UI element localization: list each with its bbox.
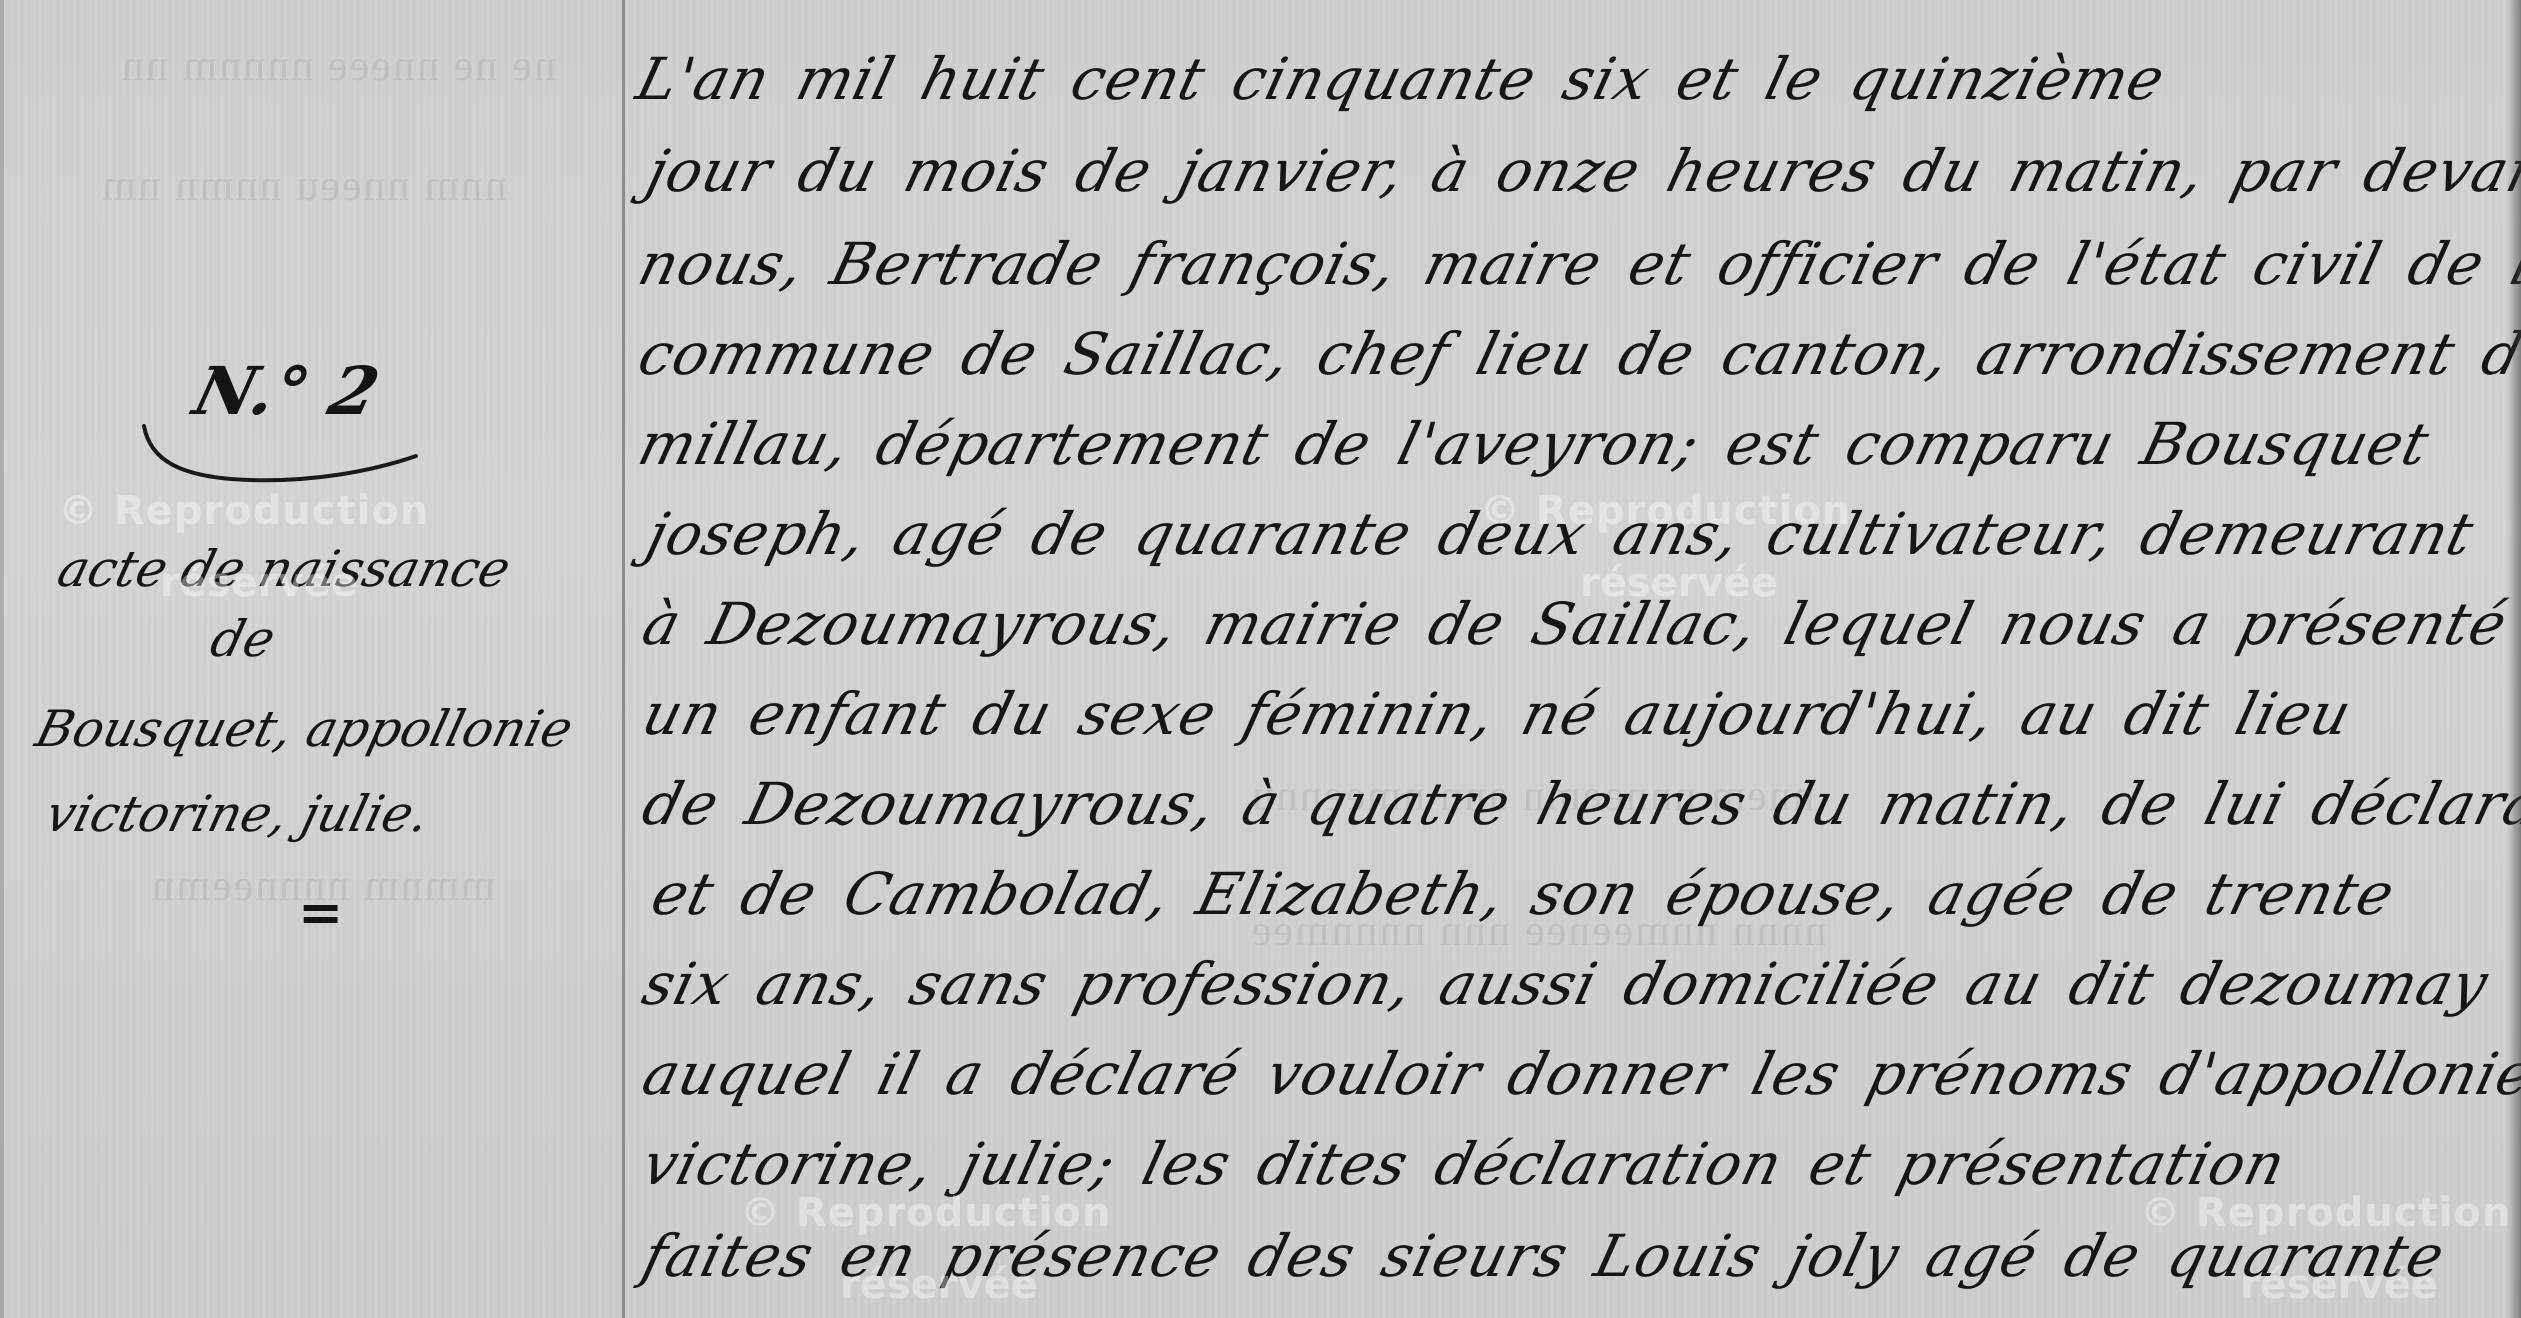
- underline-swash-icon: [140, 420, 420, 490]
- margin-name-line-2: victorine, julie.: [40, 785, 436, 843]
- text-line-8: un enfant du sexe féminin, né aujourd'hu…: [636, 680, 2359, 748]
- bleed-through-text: ne ne nneee nnnnm nn: [120, 40, 556, 91]
- text-line-3: nous, Bertrade françois, maire et offici…: [632, 230, 2521, 298]
- text-line-1: L'an mil huit cent cinquante six et le q…: [630, 45, 2172, 113]
- text-line-2: jour du mois de janvier, à onze heures d…: [640, 137, 2521, 205]
- margin-heading-de: de: [205, 610, 281, 668]
- text-line-10: et de Cambolad, Elizabeth, son épouse, a…: [645, 860, 2402, 928]
- text-line-14: faites en présence des sieurs Louis joly…: [636, 1222, 2452, 1290]
- page-right-edge-shadow: [2507, 0, 2521, 1318]
- text-line-13: victorine, julie; les dites déclaration …: [636, 1130, 2293, 1198]
- margin-heading: acte de naissance: [52, 540, 516, 598]
- text-line-6: joseph, agé de quarante deux ans, cultiv…: [640, 500, 2481, 568]
- text-line-11: six ans, sans profession, aussi domicili…: [636, 950, 2495, 1018]
- text-line-4: commune de Saillac, chef lieu de canton,…: [632, 320, 2521, 388]
- bleed-through-text: nnm nneeu nnmn nm: [100, 160, 507, 211]
- page-left-edge: [0, 0, 4, 1318]
- watermark-reproduction: © Reproduction: [58, 488, 429, 534]
- register-page: ne ne nneee nnnnm nn nnm nneeu nnmn nm m…: [0, 0, 2521, 1318]
- entry-number: N.° 2: [186, 352, 386, 430]
- end-mark: =: [298, 880, 343, 944]
- text-line-12: auquel il a déclaré vouloir donner les p…: [636, 1040, 2521, 1108]
- text-line-7: à Dezoumayrous, mairie de Saillac, leque…: [636, 590, 2514, 658]
- text-line-5: millau, département de l'aveyron; est co…: [632, 410, 2436, 478]
- margin-rule: [622, 0, 625, 1318]
- text-line-9: de Dezoumayrous, à quatre heures du mati…: [636, 770, 2521, 838]
- margin-name-line-1: Bousquet, appollonie: [30, 700, 579, 758]
